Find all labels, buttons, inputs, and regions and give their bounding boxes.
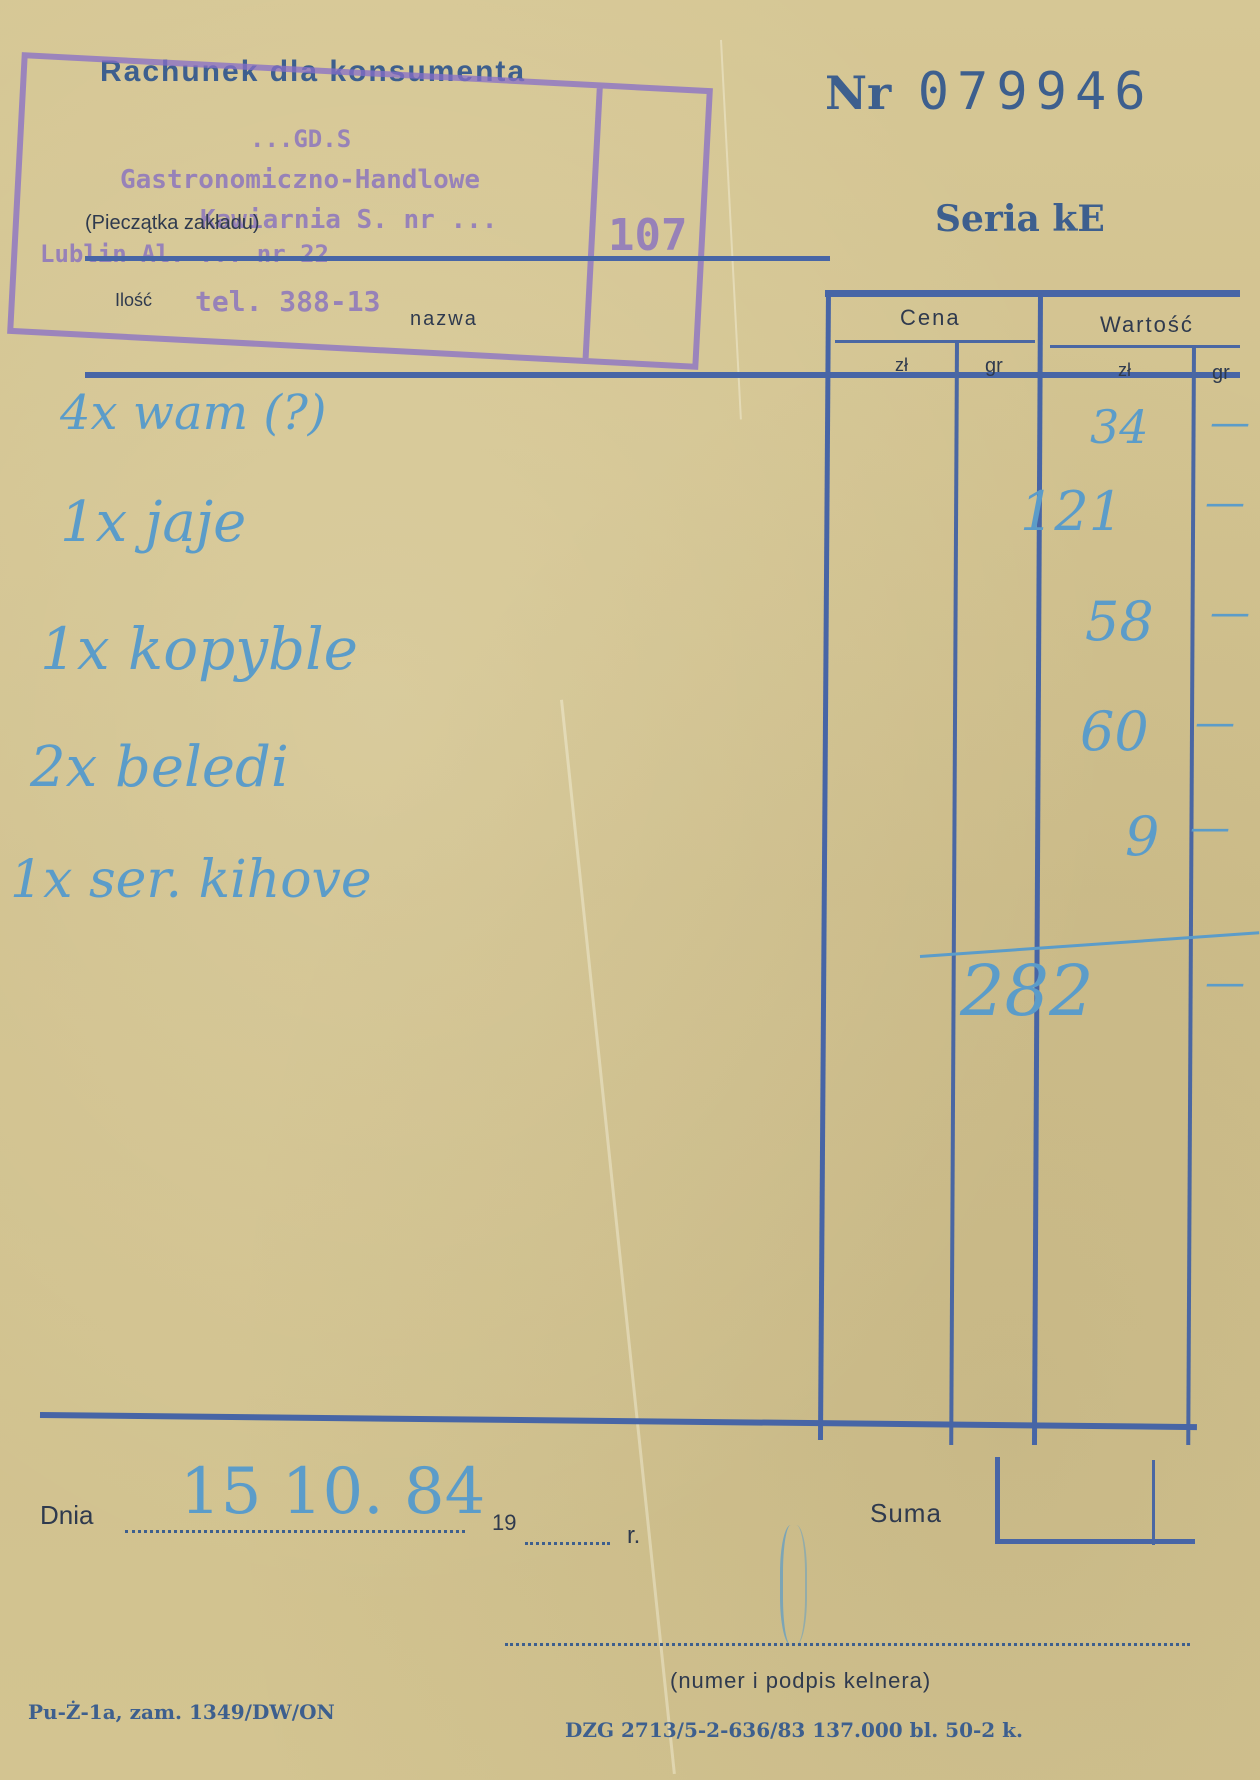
stamp-line: tel. 388-13 [195,285,380,318]
value-gr: — [1210,590,1250,636]
paper-crease [720,40,742,420]
stamp-divider [583,88,603,358]
col-price-header: Cena [900,305,961,331]
sum-box-divider [1152,1460,1155,1545]
value-gr: — [1190,805,1230,851]
stamp-line: ...GD.S [250,125,351,153]
value-zl: 9 [1125,805,1159,868]
number-value: 079946 [918,62,1154,122]
col-divider-price-value [1032,295,1043,1445]
print-code-right: DZG 2713/5-2-636/83 137.000 bl. 50-2 k. [565,1718,1023,1742]
col-value-header: Wartość [1100,312,1194,338]
year-field-line [525,1542,610,1545]
value-zl: 60 [1080,700,1149,763]
value-zl: 121 [1020,480,1123,543]
value-gr-header: gr [1212,362,1230,385]
col-name-header: nazwa [410,308,478,331]
print-code-left: Pu-Ż-1a, zam. 1349/DW/ON [28,1700,335,1724]
sum-box [995,1457,1195,1544]
waiter-signature [780,1525,807,1645]
total-gr: — [1205,960,1245,1006]
table-top-rule [85,256,830,261]
paper-crease [560,700,676,1774]
col-qty-header: Ilość [115,290,152,311]
col-divider-name-price [818,290,831,1440]
total-zl: 282 [960,950,1094,1032]
waiter-signature-line [505,1643,1190,1646]
value-gr: — [1205,480,1245,526]
item-line: 1x kopyble [40,615,358,683]
price-zl-header: zł [895,355,908,376]
item-line: 1x ser. kihove [10,850,372,910]
item-line: 1x jaje [60,490,246,555]
item-line: 4x wam (?) [60,385,327,441]
date-value: 15 10. 84 [180,1455,485,1529]
value-gr: — [1210,400,1250,446]
value-zl-header: zł [1118,360,1131,381]
sum-label: Suma [870,1498,942,1529]
col-divider-value-zl-gr [1186,345,1196,1445]
date-label: Dnia [40,1500,93,1531]
year-prefix: 19 [492,1510,516,1536]
year-suffix: r. [627,1522,640,1550]
value-zl: 34 [1090,400,1149,454]
stamp-box-number: 107 [608,210,687,261]
number-label: Nr [825,66,891,120]
table-header-rule [85,372,1240,378]
date-field-line [125,1530,465,1533]
series-label: Seria kE [935,198,1105,240]
value-gr: — [1195,700,1235,746]
receipt-number: Nr 079946 [825,62,1154,122]
waiter-caption: (numer i podpis kelnera) [670,1668,931,1694]
stamp-line: Gastronomiczno-Handlowe [120,165,480,195]
stamp-caption: (Pieczątka zakładu) [85,212,260,235]
price-gr-header: gr [985,355,1003,378]
table-bottom-rule [40,1412,1197,1430]
table-top-rule [825,290,1240,297]
price-sub-rule [835,340,1035,343]
value-sub-rule [1050,345,1240,348]
item-line: 2x beledi [30,735,289,800]
col-divider-price-zl-gr [949,340,959,1445]
value-zl: 58 [1085,590,1154,653]
stamp-line: Lublin Al. ... nr 22 [40,240,329,268]
